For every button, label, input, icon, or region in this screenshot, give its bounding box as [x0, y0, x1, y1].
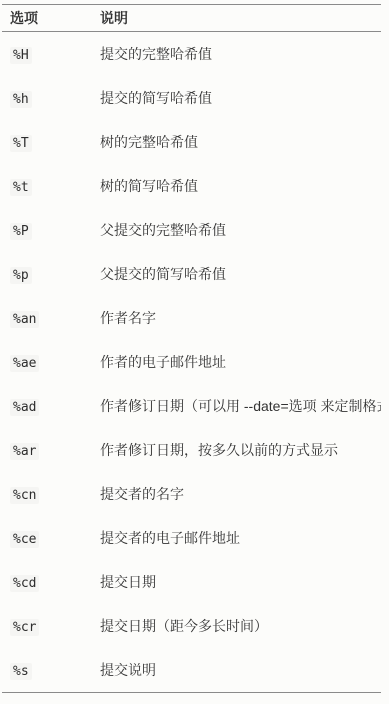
- table-row: %ar 作者修订日期，按多久以前的方式显示: [2, 428, 381, 472]
- option-cell: %s: [2, 648, 92, 693]
- option-description: 提交者的名字: [92, 472, 381, 516]
- option-cell: %h: [2, 76, 92, 120]
- table-row: %ce 提交者的电子邮件地址: [2, 516, 381, 560]
- option-description: 父提交的完整哈希值: [92, 208, 381, 252]
- table-row: %P 父提交的完整哈希值: [2, 208, 381, 252]
- table-body: %H 提交的完整哈希值 %h 提交的简写哈希值 %T 树的完整哈希值 %t 树的…: [2, 32, 381, 693]
- option-description: 提交说明: [92, 648, 381, 693]
- option-description: 提交日期: [92, 560, 381, 604]
- table-row: %cr 提交日期（距今多长时间）: [2, 604, 381, 648]
- option-code: %cn: [10, 487, 39, 504]
- table-row: %h 提交的简写哈希值: [2, 76, 381, 120]
- option-description: 作者修订日期（可以用 --date=选项 来定制格式）: [92, 384, 381, 428]
- option-cell: %cd: [2, 560, 92, 604]
- table-row: %cn 提交者的名字: [2, 472, 381, 516]
- option-code: %an: [10, 311, 39, 328]
- option-code: %cr: [10, 619, 39, 636]
- table-row: %an 作者名字: [2, 296, 381, 340]
- option-cell: %ad: [2, 384, 92, 428]
- option-description: 作者的电子邮件地址: [92, 340, 381, 384]
- option-description: 提交日期（距今多长时间）: [92, 604, 381, 648]
- option-code: %s: [10, 663, 32, 680]
- option-code: %p: [10, 267, 32, 284]
- option-cell: %T: [2, 120, 92, 164]
- table-row: %cd 提交日期: [2, 560, 381, 604]
- header-row: 选项 说明: [2, 5, 381, 32]
- option-code: %t: [10, 179, 32, 196]
- table-header: 选项 说明: [2, 5, 381, 32]
- table-row: %t 树的简写哈希值: [2, 164, 381, 208]
- option-code: %ae: [10, 355, 39, 372]
- option-description: 作者名字: [92, 296, 381, 340]
- option-description: 作者修订日期，按多久以前的方式显示: [92, 428, 381, 472]
- option-code: %T: [10, 135, 32, 152]
- column-header-description: 说明: [92, 5, 381, 32]
- option-cell: %t: [2, 164, 92, 208]
- table-row: %ad 作者修订日期（可以用 --date=选项 来定制格式）: [2, 384, 381, 428]
- table-row: %ae 作者的电子邮件地址: [2, 340, 381, 384]
- table-row: %p 父提交的简写哈希值: [2, 252, 381, 296]
- option-description: 父提交的简写哈希值: [92, 252, 381, 296]
- table-row: %H 提交的完整哈希值: [2, 32, 381, 77]
- option-code: %ar: [10, 443, 39, 460]
- option-description: 树的简写哈希值: [92, 164, 381, 208]
- option-description: 提交者的电子邮件地址: [92, 516, 381, 560]
- column-header-option: 选项: [2, 5, 92, 32]
- option-description: 提交的简写哈希值: [92, 76, 381, 120]
- option-cell: %ce: [2, 516, 92, 560]
- option-code: %ad: [10, 399, 39, 416]
- option-code: %cd: [10, 575, 39, 592]
- option-cell: %H: [2, 32, 92, 77]
- option-code: %H: [10, 47, 32, 64]
- option-code: %ce: [10, 531, 39, 548]
- option-cell: %cn: [2, 472, 92, 516]
- option-description: 树的完整哈希值: [92, 120, 381, 164]
- table-row: %T 树的完整哈希值: [2, 120, 381, 164]
- option-cell: %cr: [2, 604, 92, 648]
- table-row: %s 提交说明: [2, 648, 381, 693]
- option-cell: %ae: [2, 340, 92, 384]
- option-cell: %ar: [2, 428, 92, 472]
- option-description: 提交的完整哈希值: [92, 32, 381, 77]
- format-options-table: 选项 说明 %H 提交的完整哈希值 %h 提交的简写哈希值 %T 树的完整哈希值…: [2, 4, 381, 693]
- option-cell: %P: [2, 208, 92, 252]
- option-cell: %an: [2, 296, 92, 340]
- option-code: %h: [10, 91, 32, 108]
- option-code: %P: [10, 223, 32, 240]
- option-cell: %p: [2, 252, 92, 296]
